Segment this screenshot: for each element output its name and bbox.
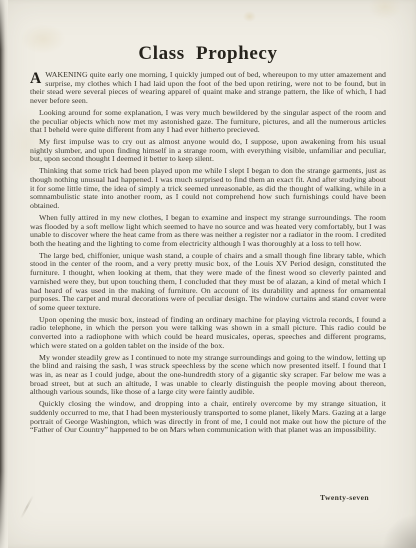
paragraph: AWAKENING quite early one morning, I qui…: [30, 71, 386, 106]
paragraph-text: WAKENING quite early one morning, I quic…: [30, 70, 386, 105]
paragraph: Thinking that some trick had been played…: [30, 167, 386, 211]
paragraph: Looking around for some explanation, I w…: [30, 109, 386, 135]
paragraph: Upon opening the music box, instead of f…: [30, 316, 386, 351]
book-page: Class Prophecy AWAKENING quite early one…: [0, 0, 416, 548]
drop-cap: A: [30, 71, 45, 85]
page-title: Class Prophecy: [0, 0, 416, 65]
scan-gutter-shadow: [0, 0, 8, 548]
page-number: Twenty-seven: [320, 493, 369, 502]
corner-shadow: [382, 514, 416, 548]
paragraph: When fully attired in my new clothes, I …: [30, 214, 386, 249]
paragraph: My first impulse was to cry out as almos…: [30, 138, 386, 164]
paragraph: The large bed, chiffonier, unique wash s…: [30, 252, 386, 313]
paragraph: My wonder steadily grew as I continued t…: [30, 354, 386, 398]
body-text: AWAKENING quite early one morning, I qui…: [30, 71, 386, 438]
paper-scratch: [20, 495, 34, 519]
paragraph: Quickly closing the window, and dropping…: [30, 400, 386, 435]
